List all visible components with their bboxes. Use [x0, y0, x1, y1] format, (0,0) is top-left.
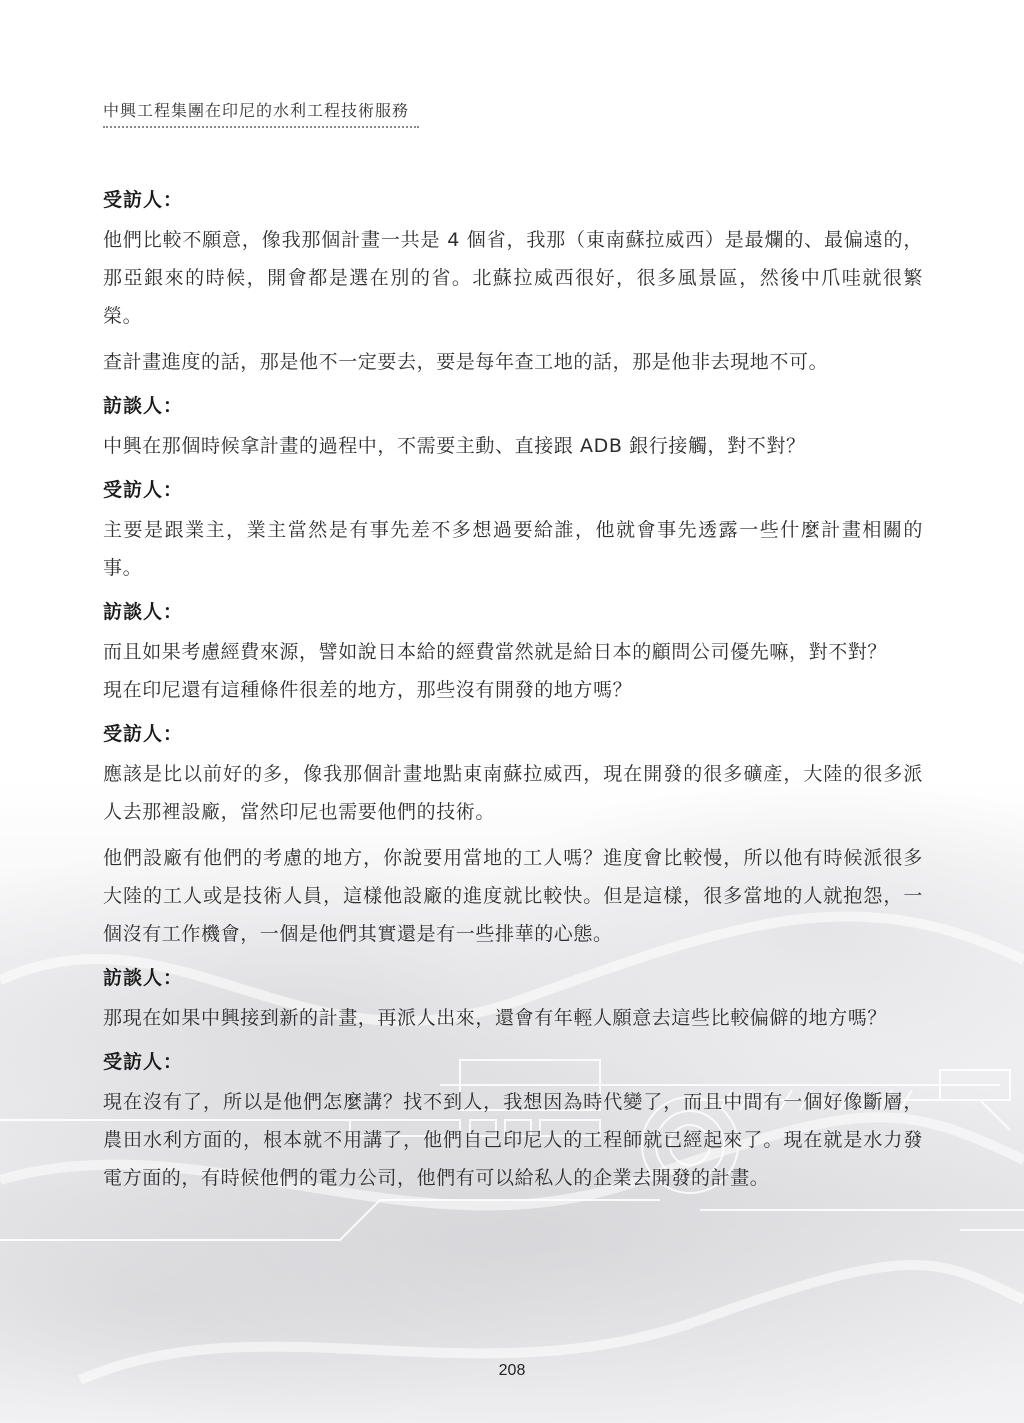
answer-paragraph: 他們設廠有他們的考慮的地方，你說要用當地的工人嗎？進度會比較慢，所以他有時候派很… — [103, 839, 923, 953]
dialogue-block: 受訪人： 現在沒有了，所以是他們怎麼講？找不到人，我想因為時代變了，而且中間有一… — [103, 1045, 923, 1197]
answer-paragraph: 應該是比以前好的多，像我那個計畫地點東南蘇拉威西，現在開發的很多礦產，大陸的很多… — [103, 755, 923, 831]
question-paragraph: 那現在如果中興接到新的計畫，再派人出來，還會有年輕人願意去這些比較偏僻的地方嗎？ — [103, 999, 923, 1037]
speaker-label: 訪談人： — [103, 389, 923, 423]
answer-paragraph: 查計畫進度的話，那是他不一定要去，要是每年查工地的話，那是他非去現地不可。 — [103, 343, 923, 381]
answer-paragraph: 他們比較不願意，像我那個計畫一共是 4 個省，我那（東南蘇拉威西）是最爛的、最偏… — [103, 221, 923, 335]
speaker-label: 訪談人： — [103, 595, 923, 629]
speaker-label: 訪談人： — [103, 961, 923, 995]
dialogue-block: 訪談人： 而且如果考慮經費來源，譬如說日本給的經費當然就是給日本的顧問公司優先嘛… — [103, 595, 923, 709]
dialogue-block: 受訪人： 應該是比以前好的多，像我那個計畫地點東南蘇拉威西，現在開發的很多礦產，… — [103, 717, 923, 953]
speaker-label: 受訪人： — [103, 1045, 923, 1079]
speaker-label: 受訪人： — [103, 183, 923, 217]
question-paragraph: 現在印尼還有這種條件很差的地方，那些沒有開發的地方嗎？ — [103, 671, 923, 709]
dialogue-block: 受訪人： 主要是跟業主，業主當然是有事先差不多想過要給誰，他就會事先透露一些什麼… — [103, 473, 923, 587]
interview-transcript: 受訪人： 他們比較不願意，像我那個計畫一共是 4 個省，我那（東南蘇拉威西）是最… — [103, 183, 923, 1205]
running-header: 中興工程集團在印尼的水利工程技術服務 — [103, 100, 419, 128]
dotted-divider — [103, 126, 419, 128]
dialogue-block: 受訪人： 他們比較不願意，像我那個計畫一共是 4 個省，我那（東南蘇拉威西）是最… — [103, 183, 923, 381]
answer-paragraph: 現在沒有了，所以是他們怎麼講？找不到人，我想因為時代變了，而且中間有一個好像斷層… — [103, 1083, 923, 1197]
speaker-label: 受訪人： — [103, 473, 923, 507]
dialogue-block: 訪談人： 那現在如果中興接到新的計畫，再派人出來，還會有年輕人願意去這些比較偏僻… — [103, 961, 923, 1037]
question-paragraph: 而且如果考慮經費來源，譬如說日本給的經費當然就是給日本的顧問公司優先嘛，對不對？ — [103, 633, 923, 671]
answer-paragraph: 主要是跟業主，業主當然是有事先差不多想過要給誰，他就會事先透露一些什麼計畫相關的… — [103, 511, 923, 587]
question-paragraph: 中興在那個時候拿計畫的過程中，不需要主動、直接跟 ADB 銀行接觸，對不對？ — [103, 427, 923, 465]
dialogue-block: 訪談人： 中興在那個時候拿計畫的過程中，不需要主動、直接跟 ADB 銀行接觸，對… — [103, 389, 923, 465]
page-number: 208 — [0, 1362, 1024, 1380]
book-title: 中興工程集團在印尼的水利工程技術服務 — [103, 100, 419, 122]
speaker-label: 受訪人： — [103, 717, 923, 751]
